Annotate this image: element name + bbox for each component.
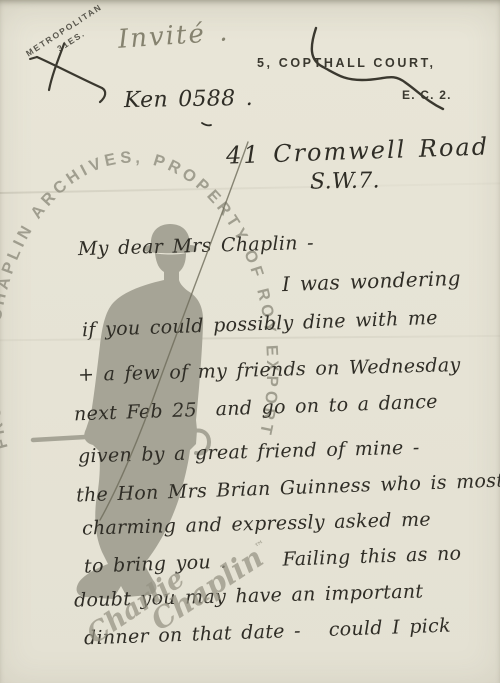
letterhead-address-line2: E. C. 2. [402, 88, 452, 102]
sender-address-line2: S.W.7. [310, 169, 380, 194]
tramp-body-silhouette [77, 253, 204, 599]
letter-page: FROM THE CHAPLIN ARCHIVES, PROPERTY OF R… [0, 0, 500, 683]
letterhead-address-line1: 5, COPTHALL COURT, [257, 56, 436, 70]
phone-number-note: Ken 0588 . [124, 87, 253, 113]
